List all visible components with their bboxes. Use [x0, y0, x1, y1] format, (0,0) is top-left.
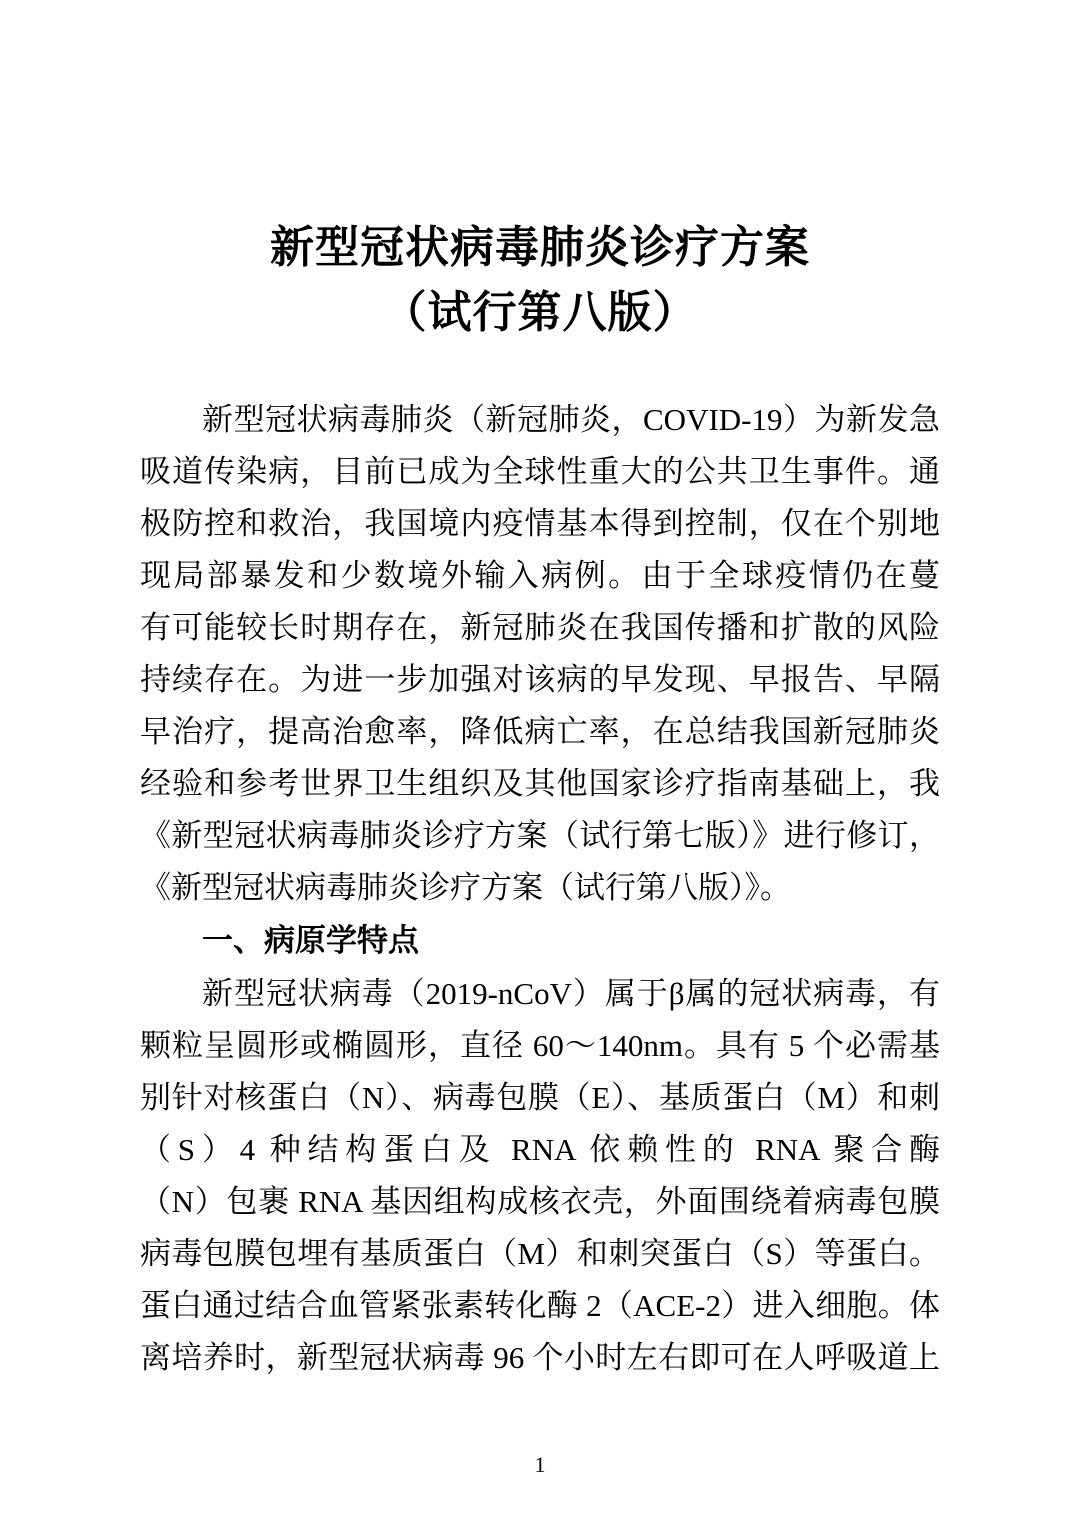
document-title-line2: （试行第八版） [0, 280, 1080, 345]
intro-line: 早治疗，提高治愈率，降低病亡率，在总结我国新冠肺炎诊疗 [140, 706, 940, 758]
section1-line: 别针对核蛋白（N）、病毒包膜（E）、基质蛋白（M）和刺突蛋白 [140, 1072, 940, 1124]
intro-line: 新型冠状病毒肺炎（新冠肺炎，COVID-19）为新发急性呼 [140, 394, 940, 446]
section1-line: 离培养时，新型冠状病毒 96 个小时左右即可在人呼吸道上皮细 [140, 1332, 940, 1384]
intro-paragraph: 新型冠状病毒肺炎（新冠肺炎，COVID-19）为新发急性呼 吸道传染病，目前已成… [140, 394, 940, 914]
intro-line: 《新型冠状病毒肺炎诊疗方案（试行第七版）》进行修订，形成 [140, 810, 940, 862]
intro-line: 极防控和救治，我国境内疫情基本得到控制，仅在个别地区出 [140, 498, 940, 550]
section1-line: 蛋白通过结合血管紧张素转化酶 2（ACE-2）进入细胞。体外分 [140, 1280, 940, 1332]
section1-line: （S）4 种结构蛋白及 RNA 依赖性的 RNA 聚合酶（RdRp）。核蛋白 [140, 1124, 940, 1176]
document-title-line1: 新型冠状病毒肺炎诊疗方案 [0, 215, 1080, 280]
section1-line: 颗粒呈圆形或椭圆形，直径 60～140nm。具有 5 个必需基因，分 [140, 1020, 940, 1072]
section1-line: 病毒包膜包埋有基质蛋白（M）和刺突蛋白（S）等蛋白。刺突 [140, 1228, 940, 1280]
intro-line: 《新型冠状病毒肺炎诊疗方案（试行第八版）》。 [140, 862, 940, 914]
intro-line: 持续存在。为进一步加强对该病的早发现、早报告、早隔离和 [140, 654, 940, 706]
intro-line: 经验和参考世界卫生组织及其他国家诊疗指南基础上，我们对 [140, 758, 940, 810]
section1-line: （N）包裹 RNA 基因组构成核衣壳，外面围绕着病毒包膜（E）， [140, 1176, 940, 1228]
intro-line: 有可能较长时期存在，新冠肺炎在我国传播和扩散的风险也将 [140, 602, 940, 654]
intro-line: 现局部暴发和少数境外输入病例。由于全球疫情仍在蔓延，且 [140, 550, 940, 602]
document-body: 新型冠状病毒肺炎（新冠肺炎，COVID-19）为新发急性呼 吸道传染病，目前已成… [140, 394, 940, 1384]
document-page: 新型冠状病毒肺炎诊疗方案 （试行第八版） 新型冠状病毒肺炎（新冠肺炎，COVID… [0, 0, 1080, 1527]
page-number: 1 [0, 1450, 1080, 1480]
section1-line: 新型冠状病毒（2019-nCoV）属于β属的冠状病毒，有包膜， [140, 968, 940, 1020]
document-title: 新型冠状病毒肺炎诊疗方案 （试行第八版） [0, 215, 1080, 345]
intro-line: 吸道传染病，目前已成为全球性重大的公共卫生事件。通过积 [140, 446, 940, 498]
section1-paragraph: 新型冠状病毒（2019-nCoV）属于β属的冠状病毒，有包膜， 颗粒呈圆形或椭圆… [140, 968, 940, 1384]
section1-heading: 一、病原学特点 [140, 914, 940, 968]
